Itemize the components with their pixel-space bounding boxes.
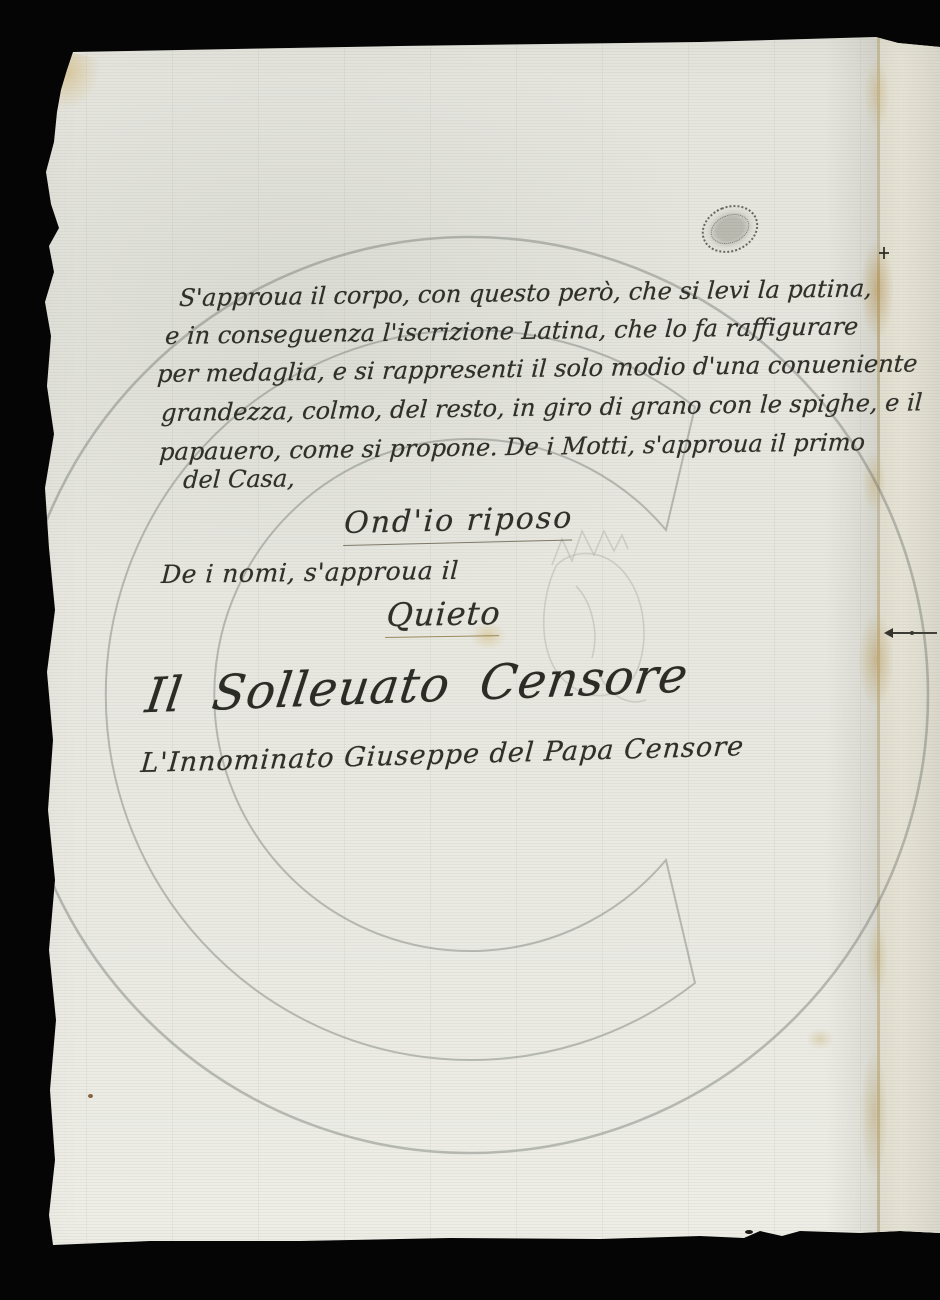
paper-edge-shading [0,0,940,1300]
manuscript-page: S'approua il corpo, con questo però, che… [0,0,940,1300]
manuscript-photo: S'approua il corpo, con questo però, che… [0,0,940,1300]
